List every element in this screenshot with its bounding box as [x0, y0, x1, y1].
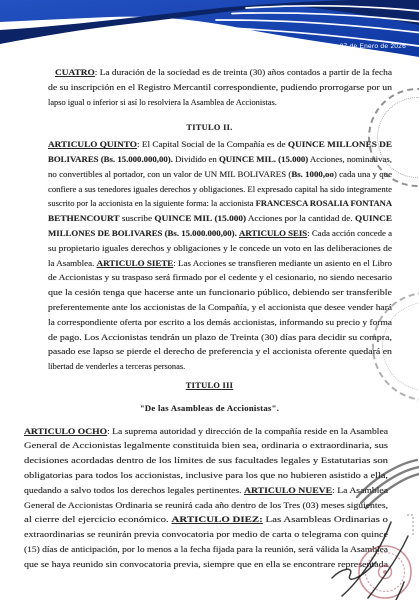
text-line: la Asamblea. ARTICULO SIETE: Las Accione… [48, 257, 392, 272]
text-line: MILLONES DE BOLIVARES (Bs. 15.000.000,00… [48, 227, 392, 242]
text-line: ARTICULO QUINTO: El Capital Social de la… [48, 138, 392, 153]
document-body: CUATRO: La duración de la sociedad es de… [0, 66, 419, 573]
text-line: de Accionistas y su traspaso será firmad… [48, 271, 392, 286]
text-line: decisiones acordadas dentro de los límit… [24, 454, 388, 469]
text-line: General de Accionistas Ordinaria se reun… [24, 499, 388, 514]
heading-text: TITULO II. [186, 123, 232, 132]
text-line: BETHENCOURT suscribe QUINCE MIL (15.000)… [48, 212, 392, 227]
heading-text: "De las Asambleas de Accionistas". [140, 403, 279, 413]
text-line: pasado ese lapso se pierde el derecho de… [48, 345, 392, 360]
text-line: suscrito por la accionista en la siguien… [48, 197, 392, 212]
document-page: Acarigua, 07 de Enero de 2026 CUATRO: La… [0, 0, 419, 600]
text-line: extraordinarias se reunirán previa convo… [24, 528, 388, 543]
para-asambleas: ARTICULO OCHO: La suprema autoridad y di… [24, 425, 388, 573]
text-line: libertad de venderles a terceras persona… [48, 360, 392, 375]
heading-asambleas: "De las Asambleas de Accionistas". [0, 401, 419, 416]
para-cuatro: CUATRO: La duración de la sociedad es de… [48, 66, 392, 110]
heading-titulo-3: TITULO III [0, 379, 419, 394]
text-line: confiere a sus tenedores iguales derecho… [48, 183, 392, 198]
text-line: lapso igual o inferior si así lo resolvi… [48, 96, 392, 111]
text-line: ARTICULO OCHO: La suprema autoridad y di… [24, 425, 388, 440]
text-line: que la cesión tenga que hacerse ante un … [48, 286, 392, 301]
text-line: obligatorias para todos los accionistas,… [24, 469, 388, 484]
para-capital: ARTICULO QUINTO: El Capital Social de la… [48, 138, 392, 375]
text-line: su propietario iguales derechos y obliga… [48, 242, 392, 257]
heading-text: TITULO III [186, 381, 233, 390]
text-line: la correspondiente oferta por escrito a … [48, 316, 392, 331]
text-line: CUATRO: La duración de la sociedad es de… [48, 66, 392, 81]
text-line: BOLIVARES (Bs. 15.000.000,00). Dividido … [48, 153, 392, 168]
text-line: que se haya reunido sin convocatoria pre… [24, 558, 388, 573]
text-line: (15) días de anticipación, por lo menos … [24, 543, 388, 558]
text-line: General de Accionistas legalmente consti… [24, 439, 388, 454]
letterhead-date: Acarigua, 07 de Enero de 2026 [307, 43, 406, 50]
text-line: preferentemente ante los accionistas de … [48, 301, 392, 316]
text-line: de su inscripción en el Registro Mercant… [48, 81, 392, 96]
text-line: de pago. Los Accionistas tendrán un plaz… [48, 331, 392, 346]
text-line: no convertibles al portador, con un valo… [48, 168, 392, 183]
letterhead: Acarigua, 07 de Enero de 2026 [0, 0, 419, 58]
text-line: quedando a salvo todos los derechos lega… [24, 484, 388, 499]
heading-titulo-2: TITULO II. [0, 121, 419, 136]
text-line: al cierre del ejercicio económico. ARTIC… [24, 513, 388, 528]
